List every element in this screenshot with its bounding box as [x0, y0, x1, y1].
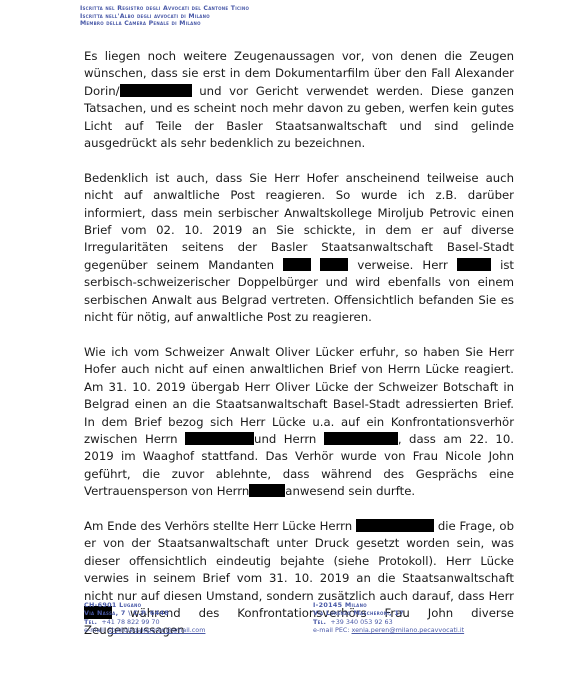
footer-address: Via Lorenzo Mascheroni, 17	[313, 609, 464, 617]
redaction-block	[185, 432, 254, 445]
paragraph-2: Bedenklich ist auch, dass Sie Herr Hofer…	[84, 170, 514, 327]
footer-milano-office: I-20145 Milano Via Lorenzo Mascheroni, 1…	[313, 601, 464, 634]
footer-email: e-mail: studiolegaleperen@gmail.com	[84, 626, 205, 634]
redaction-block	[120, 84, 192, 97]
redaction-block	[324, 432, 398, 445]
letter-body: Es liegen noch weitere Zeugenaussagen vo…	[84, 48, 514, 657]
paragraph-1: Es liegen noch weitere Zeugenaussagen vo…	[84, 48, 514, 152]
redaction-block	[356, 519, 434, 532]
membership-line: Membro della Camera Penale di Milano	[80, 20, 380, 28]
redaction-block	[283, 258, 311, 271]
email-link[interactable]: studiolegaleperen@gmail.com	[108, 626, 205, 634]
footer-email: e-mail PEC: xenia.peren@milano.pecavvoca…	[313, 626, 464, 634]
footer-lugano-office: CH-6901 Lugano Via Nassa, 7 \ C.P. 6448 …	[84, 601, 205, 634]
footer-address: Via Nassa, 7 \ C.P. 6448	[84, 609, 205, 617]
redaction-block	[457, 258, 491, 271]
paragraph-3: Wie ich vom Schweizer Anwalt Oliver Lück…	[84, 344, 514, 501]
footer-city: CH-6901 Lugano	[84, 601, 205, 609]
redaction-block	[249, 484, 285, 497]
registration-line-milano: Iscritta nell'Albo degli avvocati di Mil…	[80, 13, 380, 21]
letterhead-header: Iscritta nel Registro degli Avvocati del…	[80, 5, 380, 28]
redaction-block	[320, 258, 348, 271]
footer-phone: Tel. +39 340 053 92 63	[313, 618, 464, 626]
registration-line-ticino: Iscritta nel Registro degli Avvocati del…	[80, 5, 380, 13]
pec-email-link[interactable]: xenia.peren@milano.pecavvocati.it	[352, 626, 465, 634]
footer-phone: Tel. +41 78 822 99 70	[84, 618, 205, 626]
footer-city: I-20145 Milano	[313, 601, 464, 609]
